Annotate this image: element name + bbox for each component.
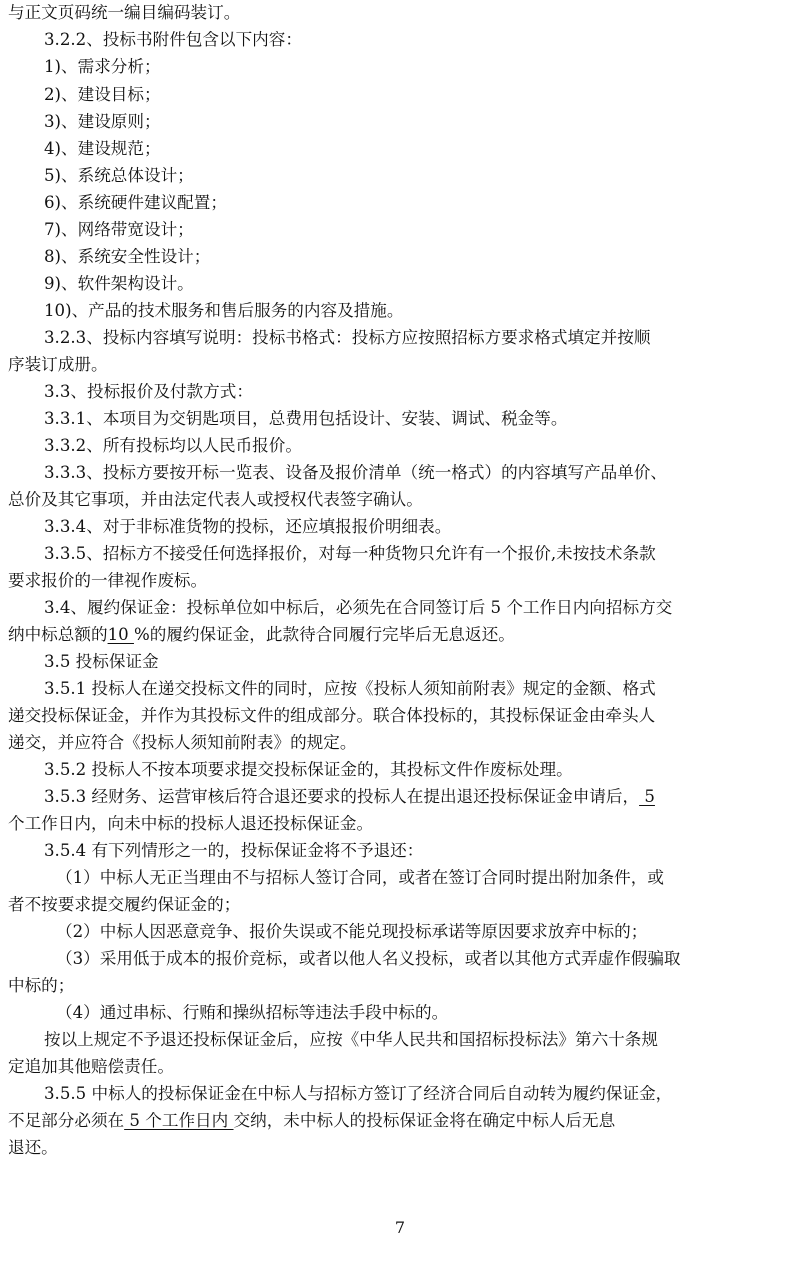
text-line: 3.5.5 中标人的投标保证金在中标人与招标方签订了经济合同后自动转为履约保证金… xyxy=(44,1083,672,1105)
list-item: （2）中标人因恶意竞争、报价失误或不能兑现投标承诺等原因要求放弃中标的； xyxy=(56,921,647,943)
text-line: 3.3.4、对于非标准货物的投标，还应填报报价明细表。 xyxy=(44,516,451,538)
heading-3-3: 3.3、投标报价及付款方式： xyxy=(44,381,253,403)
list-item: 6)、系统硬件建议配置； xyxy=(44,192,227,214)
text-line: 递交，并应符合《投标人须知前附表》的规定。 xyxy=(8,732,356,754)
text-line-with-blank: 纳中标总额的10 %的履约保证金，此款待合同履行完毕后无息返还。 xyxy=(8,624,515,646)
text-line: 中标的； xyxy=(8,975,74,997)
list-item: 9)、软件架构设计。 xyxy=(44,273,194,295)
list-item: （1）中标人无正当理由不与招标人签订合同，或者在签订合同时提出附加条件，或 xyxy=(56,867,664,889)
text-line: 定追加其他赔偿责任。 xyxy=(8,1056,174,1078)
text-line: 3.3.3、投标方要按开标一览表、设备及报价清单（统一格式）的内容填写产品单价、 xyxy=(44,462,667,484)
filled-blank: 5 xyxy=(639,787,655,806)
text-line: 递交投标保证金，并作为其投标文件的组成部分。联合体投标的，其投标保证金由牵头人 xyxy=(8,705,655,727)
list-item: 5)、系统总体设计； xyxy=(44,165,194,187)
text-line: 个工作日内，向未中标的投标人退还投标保证金。 xyxy=(8,813,373,835)
text-line: 3.3.1、本项目为交钥匙项目，总费用包括设计、安装、调试、税金等。 xyxy=(44,408,567,430)
list-item: 1)、需求分析； xyxy=(44,56,161,78)
heading-3-4: 3.4、履约保证金：投标单位如中标后，必须先在合同签订后 5 个工作日内向招标方… xyxy=(44,597,672,619)
text-line: 退还。 xyxy=(8,1137,58,1159)
heading-3-2-2: 3.2.2、投标书附件包含以下内容： xyxy=(44,29,302,51)
list-item: 4)、建设规范； xyxy=(44,138,161,160)
text-segment: 纳中标总额的 xyxy=(8,625,108,644)
list-item: 7)、网络带宽设计； xyxy=(44,219,194,241)
list-item: （3）采用低于成本的报价竞标，或者以他人名义投标，或者以其他方式弄虚作假骗取 xyxy=(56,948,681,970)
text-line: 者不按要求提交履约保证金的； xyxy=(8,894,240,916)
list-item: 8)、系统安全性设计； xyxy=(44,246,210,268)
list-item: 2)、建设目标； xyxy=(44,84,161,106)
text-line: 3.5.2 投标人不按本项要求提交投标保证金的，其投标文件作废标处理。 xyxy=(44,759,573,781)
list-item: （4）通过串标、行贿和操纵招标等违法手段中标的。 xyxy=(56,1002,448,1024)
filled-blank: 5 个工作日内 xyxy=(124,1111,233,1130)
text-line: 要求报价的一律视作废标。 xyxy=(8,570,207,592)
text-line: 3.5.1 投标人在递交投标文件的同时，应按《投标人须知前附表》规定的金额、格式 xyxy=(44,678,656,700)
text-line: 3.3.5、招标方不接受任何选择报价，对每一种货物只允许有一个报价,未按技术条款 xyxy=(44,543,656,565)
text-line: 与正文页码统一编目编码装订。 xyxy=(8,2,240,24)
text-segment: 3.5.3 经财务、运营审核后符合退还要求的投标人在提出退还投标保证金申请后， xyxy=(44,787,639,806)
text-line: 总价及其它事项，并由法定代表人或授权代表签字确认。 xyxy=(8,489,423,511)
page-number: 7 xyxy=(0,1218,800,1237)
text-segment: %的履约保证金，此款待合同履行完毕后无息返还。 xyxy=(134,625,515,644)
list-item: 3)、建设原则； xyxy=(44,111,161,133)
text-line: 3.2.3、投标内容填写说明：投标书格式：投标方应按照招标方要求格式填定并按顺 xyxy=(44,327,650,349)
text-line-with-blank: 3.5.3 经财务、运营审核后符合退还要求的投标人在提出退还投标保证金申请后， … xyxy=(44,786,655,808)
text-line-with-blank: 不足部分必须在 5 个工作日内 交纳，未中标人的投标保证金将在确定中标人后无息 xyxy=(8,1110,615,1132)
text-line: 3.5.4 有下列情形之一的，投标保证金将不予退还： xyxy=(44,840,423,862)
text-segment: 不足部分必须在 xyxy=(8,1111,124,1130)
text-segment: 交纳，未中标人的投标保证金将在确定中标人后无息 xyxy=(234,1111,616,1130)
heading-3-5: 3.5 投标保证金 xyxy=(44,651,159,673)
text-line: 3.3.2、所有投标均以人民币报价。 xyxy=(44,435,302,457)
document-page: 与正文页码统一编目编码装订。 3.2.2、投标书附件包含以下内容： 1)、需求分… xyxy=(0,0,800,1264)
text-line: 序装订成册。 xyxy=(8,354,108,376)
filled-blank: 10 xyxy=(108,625,134,644)
list-item: 10)、产品的技术服务和售后服务的内容及措施。 xyxy=(44,300,403,322)
text-line: 按以上规定不予退还投标保证金后，应按《中华人民共和国招标投标法》第六十条规 xyxy=(44,1029,658,1051)
